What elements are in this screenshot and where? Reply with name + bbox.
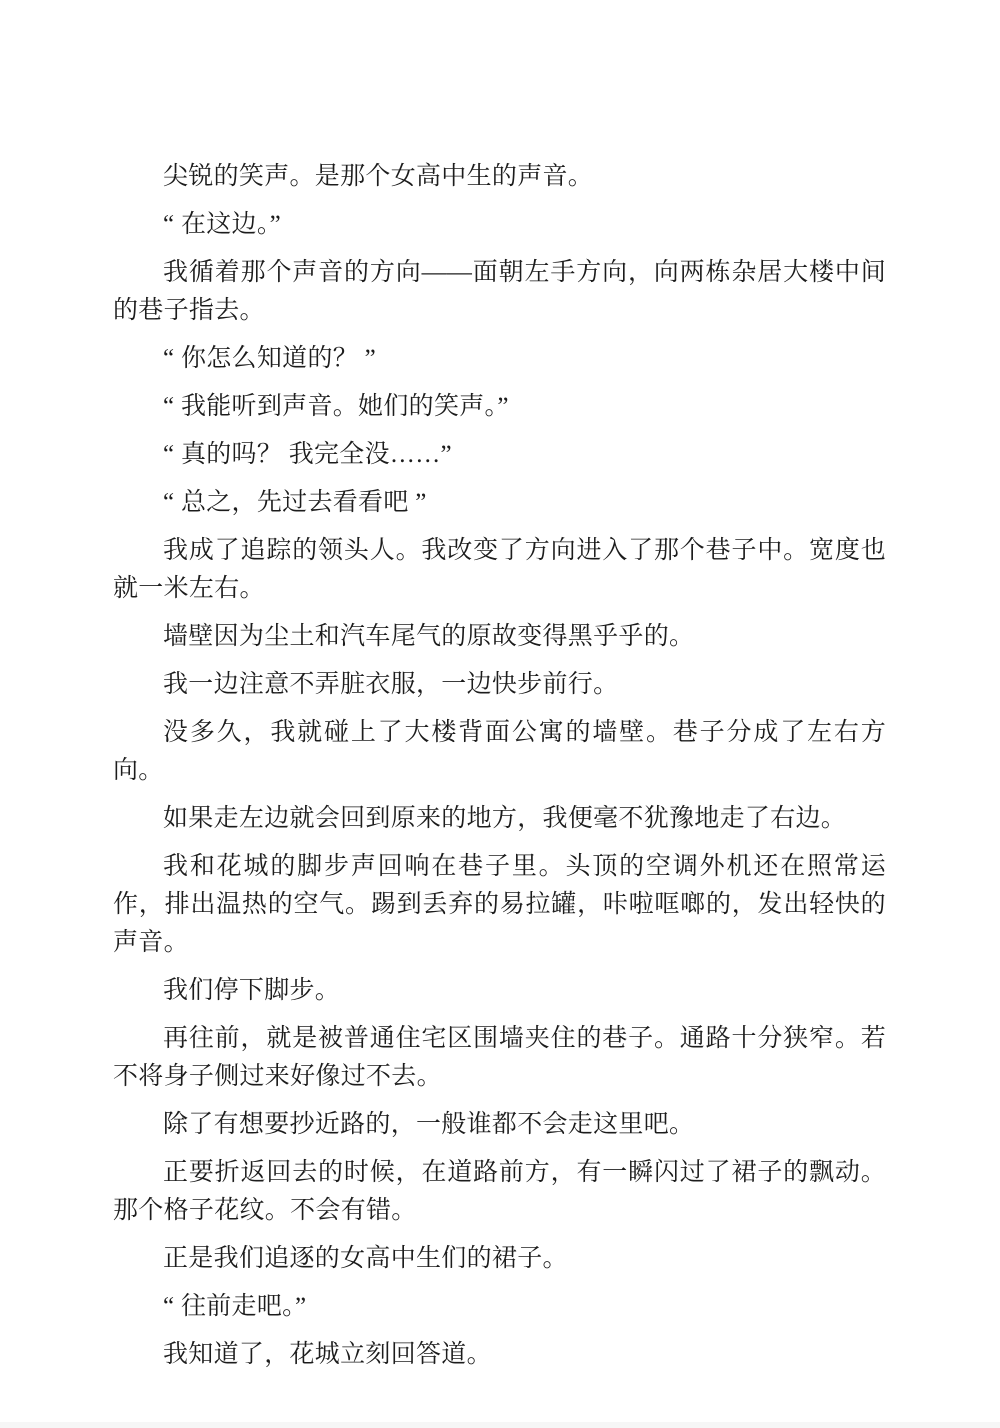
paragraph: 我循着那个声音的方向——面朝左手方向，向两栋杂居大楼中间的巷子指去。	[113, 254, 886, 330]
paragraph: 再往前，就是被普通住宅区围墙夹住的巷子。通路十分狭窄。若不将身子侧过来好像过不去…	[113, 1020, 886, 1096]
paragraph: 墙壁因为尘土和汽车尾气的原故变得黑乎乎的。	[113, 618, 886, 656]
paragraph: 我知道了，花城立刻回答道。	[113, 1336, 886, 1374]
page-bottom-edge	[0, 1422, 1000, 1428]
paragraph: “ 往前走吧。”	[113, 1288, 886, 1326]
paragraph: 正是我们追逐的女高中生们的裙子。	[113, 1240, 886, 1278]
paragraph: “ 你怎么知道的？ ”	[113, 340, 886, 378]
document-page: 尖锐的笑声。是那个女高中生的声音。“ 在这边。”我循着那个声音的方向——面朝左手…	[0, 0, 1000, 1428]
paragraph: 正要折返回去的时候，在道路前方，有一瞬闪过了裙子的飘动。那个格子花纹。不会有错。	[113, 1154, 886, 1230]
paragraph: 没多久，我就碰上了大楼背面公寓的墙壁。巷子分成了左右方向。	[113, 714, 886, 790]
paragraph: 我一边注意不弄脏衣服，一边快步前行。	[113, 666, 886, 704]
paragraph: 尖锐的笑声。是那个女高中生的声音。	[113, 158, 886, 196]
paragraph: 除了有想要抄近路的，一般谁都不会走这里吧。	[113, 1106, 886, 1144]
paragraph: “ 总之，先过去看看吧 ”	[113, 484, 886, 522]
paragraph: “ 我能听到声音。她们的笑声。”	[113, 388, 886, 426]
paragraph: 我们停下脚步。	[113, 972, 886, 1010]
paragraph: “ 在这边。”	[113, 206, 886, 244]
paragraph: 如果走左边就会回到原来的地方，我便毫不犹豫地走了右边。	[113, 800, 886, 838]
paragraph: 我成了追踪的领头人。我改变了方向进入了那个巷子中。宽度也就一米左右。	[113, 532, 886, 608]
paragraph: “ 真的吗？ 我完全没……”	[113, 436, 886, 474]
paragraph: 我和花城的脚步声回响在巷子里。头顶的空调外机还在照常运作，排出温热的空气。踢到丢…	[113, 848, 886, 962]
page-content: 尖锐的笑声。是那个女高中生的声音。“ 在这边。”我循着那个声音的方向——面朝左手…	[113, 158, 886, 1384]
